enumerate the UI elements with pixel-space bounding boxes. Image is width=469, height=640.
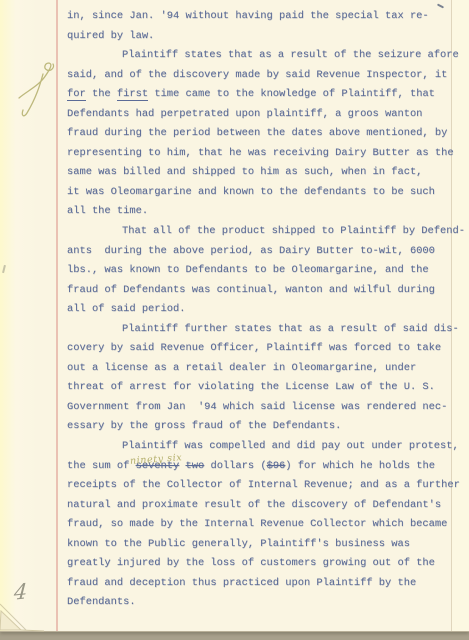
typed-line-11: all the time. — [67, 202, 467, 222]
typed-line-16: all of said period. — [67, 300, 467, 320]
typed-line-31: Defendants. — [67, 593, 467, 613]
typed-line-12: That all of the product shipped to Plain… — [67, 222, 467, 242]
text-segment: known to the Public generally, Plaintiff… — [67, 538, 410, 550]
text-segment: Defendants had perpetrated upon plaintif… — [67, 108, 422, 120]
typed-line-28: known to the Public generally, Plaintiff… — [67, 535, 467, 555]
text-segment: ants during the above period, as Dairy B… — [67, 245, 435, 257]
typed-line-26: natural and proximate result of the disc… — [67, 496, 467, 516]
text-segment: it was Oleomargarine and known to the de… — [67, 186, 435, 198]
text-segment: Government from Jan '94 which said licen… — [67, 401, 447, 413]
typed-line-8: representing to him, that he was receivi… — [67, 144, 467, 164]
typed-line-9: same was billed and shipped to him as su… — [67, 163, 467, 183]
text-segment: fraud of Defendants was continual, wanto… — [67, 284, 435, 296]
typed-line-6: Defendants had perpetrated upon plaintif… — [67, 105, 467, 125]
text-segment: Defendants. — [67, 596, 136, 608]
handwritten-correction: ninety six — [129, 448, 183, 471]
ink-flourish-mark — [12, 58, 60, 128]
typed-text: in, since Jan. '94 without having paid t… — [67, 7, 467, 613]
typed-line-21: Government from Jan '94 which said licen… — [67, 398, 467, 418]
typed-line-27: fraud, so made by the Internal Revenue C… — [67, 515, 467, 535]
typed-line-23: Plaintiff was compelled and did pay out … — [67, 437, 467, 457]
underlined-text: first — [117, 88, 148, 101]
typed-line-19: out a license as a retail dealer in Oleo… — [67, 359, 467, 379]
text-segment: fraud and deception thus practiced upon … — [67, 577, 416, 589]
struck-text: two — [186, 460, 205, 472]
typed-line-3: Plaintiff states that as a result of the… — [67, 46, 467, 66]
typed-line-24: the sum of seventyninety six two dollars… — [67, 457, 467, 477]
text-segment: natural and proximate result of the disc… — [67, 499, 441, 511]
struck-text: seventyninety six — [136, 460, 180, 472]
text-segment: the sum of — [67, 460, 136, 472]
typed-line-20: threat of arrest for violating the Licen… — [67, 378, 467, 398]
pencil-tick-mark — [2, 265, 6, 273]
text-segment: Plaintiff states that as a result of the… — [122, 49, 459, 61]
text-segment: the — [86, 88, 117, 100]
typed-line-30: fraud and deception thus practiced upon … — [67, 574, 467, 594]
folded-corner — [0, 586, 64, 632]
typed-line-13: ants during the above period, as Dairy B… — [67, 242, 467, 262]
typed-line-18: covery by said Revenue Officer, Plaintif… — [67, 339, 467, 359]
text-segment: receipts of the Collector of Internal Re… — [67, 479, 460, 491]
typed-line-25: receipts of the Collector of Internal Re… — [67, 476, 467, 496]
text-segment: greatly injured by the loss of customers… — [67, 557, 435, 569]
text-segment: lbs., was known to Defendants to be Oleo… — [67, 264, 429, 276]
typed-line-2: quired by law. — [67, 27, 467, 47]
typed-line-15: fraud of Defendants was continual, wanto… — [67, 281, 467, 301]
typed-line-4: said, and of the discovery made by said … — [67, 66, 467, 86]
text-segment: essary by the gross fraud of the Defenda… — [67, 420, 341, 432]
text-segment: in, since Jan. '94 without having paid t… — [67, 10, 429, 22]
typed-line-29: greatly injured by the loss of customers… — [67, 554, 467, 574]
typed-line-10: it was Oleomargarine and known to the de… — [67, 183, 467, 203]
text-segment: covery by said Revenue Officer, Plaintif… — [67, 342, 441, 354]
text-segment: all the time. — [67, 205, 148, 217]
struck-text: $96 — [267, 460, 286, 472]
text-segment: same was billed and shipped to him as su… — [67, 166, 422, 178]
typed-line-1: in, since Jan. '94 without having paid t… — [67, 7, 467, 27]
text-segment: quired by law. — [67, 30, 154, 42]
text-segment: representing to him, that he was receivi… — [67, 147, 454, 159]
text-segment: time came to the knowledge of Plaintiff,… — [148, 88, 435, 100]
text-segment: ) for which he holds the — [285, 460, 435, 472]
typed-line-5: for the first time came to the knowledge… — [67, 85, 467, 105]
text-segment: threat of arrest for violating the Licen… — [67, 381, 435, 393]
typed-line-22: essary by the gross fraud of the Defenda… — [67, 417, 467, 437]
underlined-text: for — [67, 88, 86, 101]
document-page: in, since Jan. '94 without having paid t… — [0, 0, 469, 631]
text-segment: That all of the product shipped to Plain… — [122, 225, 465, 237]
text-segment: said, and of the discovery made by said … — [67, 69, 447, 81]
text-segment: fraud during the period between the date… — [67, 127, 447, 139]
text-segment: out a license as a retail dealer in Oleo… — [67, 362, 416, 374]
text-segment: all of said period. — [67, 303, 185, 315]
typed-line-7: fraud during the period between the date… — [67, 124, 467, 144]
typed-line-14: lbs., was known to Defendants to be Oleo… — [67, 261, 467, 281]
text-segment: Plaintiff further states that as a resul… — [122, 323, 459, 335]
text-segment: dollars ( — [204, 460, 266, 472]
text-segment: fraud, so made by the Internal Revenue C… — [67, 518, 447, 530]
typed-line-17: Plaintiff further states that as a resul… — [67, 320, 467, 340]
